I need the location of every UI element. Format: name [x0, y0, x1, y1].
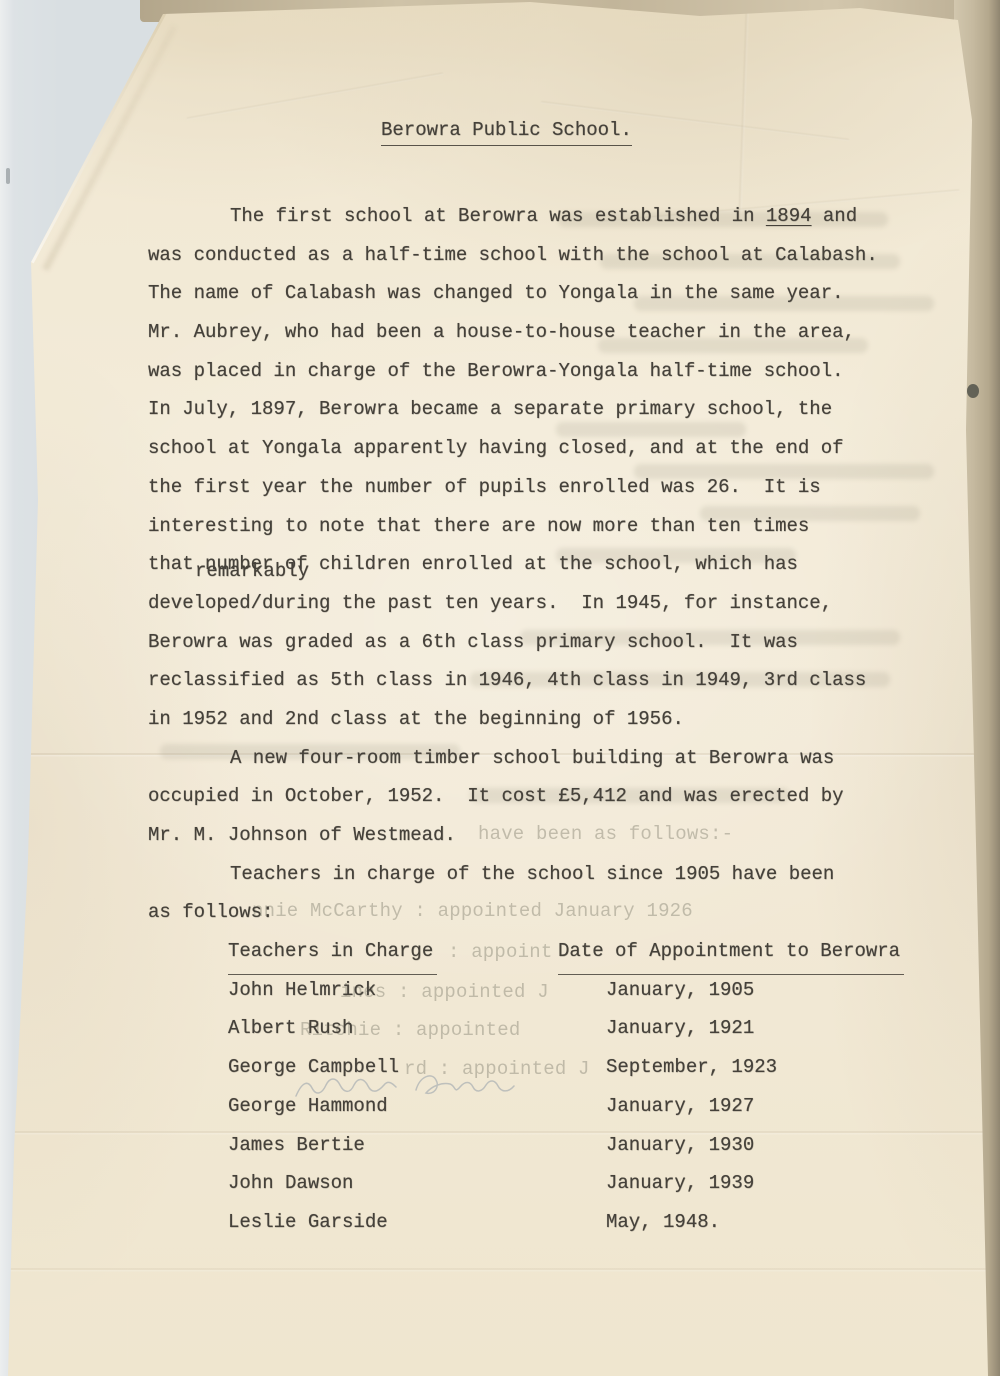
dark-mark-right-edge: [967, 384, 979, 398]
table-row: Leslie GarsideMay, 1948.: [148, 1203, 958, 1242]
table-row: George HammondJanuary, 1927: [148, 1087, 958, 1126]
typed-line: as follows:: [148, 893, 958, 932]
inserted-word: remarkably: [195, 562, 309, 581]
table-row: John DawsonJanuary, 1939: [148, 1164, 958, 1203]
typed-line: was conducted as a half-time school with…: [148, 236, 958, 275]
typed-line-with-insertion: remarkablydeveloped/during the past ten …: [148, 584, 958, 623]
typed-line: reclassified as 5th class in 1946, 4th c…: [148, 661, 958, 700]
typed-line: A new four-room timber school building a…: [148, 739, 958, 778]
horizontal-fold-crease: [0, 1268, 1000, 1272]
table-row: Albert RushJanuary, 1921: [148, 1009, 958, 1048]
document-title: Berowra Public School.: [381, 119, 632, 146]
underlined-year: 1894: [766, 205, 812, 227]
typed-line: occupied in October, 1952. It cost £5,41…: [148, 777, 958, 816]
crumple-crease: [187, 72, 443, 119]
typed-line: The name of Calabash was changed to Yong…: [148, 274, 958, 313]
document-page: have been as follows:- nnie McCarthy : a…: [0, 0, 1000, 1376]
typed-line: The first school at Berowra was establis…: [148, 197, 958, 236]
table-header-row: Teachers in ChargeDate of Appointment to…: [148, 932, 958, 971]
column-header-date: Date of Appointment to Berowra: [558, 932, 904, 975]
scanner-speck: [6, 168, 10, 184]
typed-line: in 1952 and 2nd class at the beginning o…: [148, 700, 958, 739]
typed-line: Mr. Aubrey, who had been a house-to-hous…: [148, 313, 958, 352]
typed-line: was placed in charge of the Berowra-Yong…: [148, 352, 958, 391]
table-row: George CampbellSeptember, 1923: [148, 1048, 958, 1087]
scanned-document: have been as follows:- nnie McCarthy : a…: [0, 0, 1000, 1376]
table-row: John HelmrickJanuary, 1905: [148, 971, 958, 1010]
typed-line: Mr. M. Johnson of Westmead.: [148, 816, 958, 855]
typed-line: In July, 1897, Berowra became a separate…: [148, 390, 958, 429]
handwritten-annotation: [292, 1070, 532, 1110]
typed-line: interesting to note that there are now m…: [148, 507, 958, 546]
typed-line: Berowra was graded as a 6th class primar…: [148, 623, 958, 662]
folded-corner-crease: [31, 11, 167, 263]
typed-line: Teachers in charge of the school since 1…: [148, 855, 958, 894]
typed-line: school at Yongala apparently having clos…: [148, 429, 958, 468]
typed-line: the first year the number of pupils enro…: [148, 468, 958, 507]
table-row: James BertieJanuary, 1930: [148, 1126, 958, 1165]
crumple-crease: [738, 10, 748, 220]
document-body: The first school at Berowra was establis…: [148, 197, 958, 1242]
column-header-teachers: Teachers in Charge: [228, 932, 437, 975]
